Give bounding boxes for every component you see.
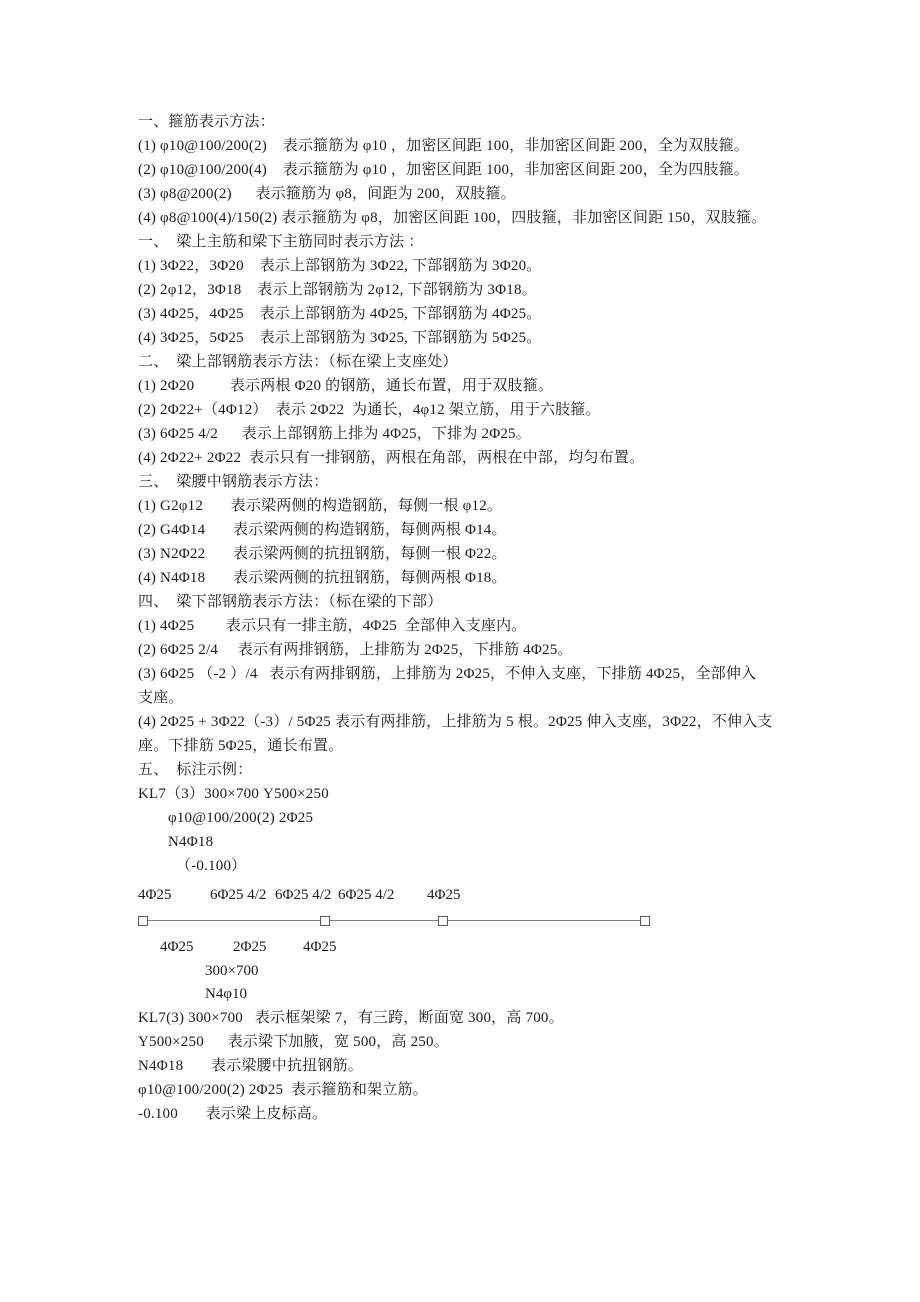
beam-line (142, 920, 644, 921)
text-line: KL7(3) 300×700 表示框架梁 7，有三跨，断面宽 300，高 700… (138, 1006, 850, 1030)
section-size-label: 300×700 (205, 962, 258, 980)
text-line: -0.100 表示梁上皮标高。 (138, 1102, 850, 1126)
beam-annotation-diagram: 4Φ25 6Φ25 4/2 6Φ25 4/2 6Φ25 4/2 4Φ25 4Φ2… (138, 878, 798, 1006)
text-line: (2) 2φ12，3Φ18 表示上部钢筋为 2φ12, 下部钢筋为 3Φ18。 (138, 278, 850, 302)
text-line: (3) 4Φ25，4Φ25 表示上部钢筋为 4Φ25, 下部钢筋为 4Φ25。 (138, 302, 850, 326)
beam-support-node (320, 916, 330, 926)
text-line: (2) 6Φ25 2/4 表示有两排钢筋，上排筋为 2Φ25，下排筋 4Φ25。 (138, 638, 850, 662)
text-line: Y500×250 表示梁下加腋，宽 500，高 250。 (138, 1030, 850, 1054)
text-line: 座。下排筋 5Φ25，通长布置。 (138, 734, 850, 758)
text-line: (3) N2Φ22 表示梁两侧的抗扭钢筋，每侧一根 Φ22。 (138, 542, 850, 566)
top-rebar-label: 6Φ25 4/2 (338, 886, 394, 904)
text-line: (3) φ8@200(2) 表示箍筋为 φ8，间距为 200，双肢箍。 (138, 182, 850, 206)
text-line: (1) 3Φ22，3Φ20 表示上部钢筋为 3Φ22, 下部钢筋为 3Φ20。 (138, 254, 850, 278)
text-line: 支座。 (138, 686, 850, 710)
text-line: 一、 梁上主筋和梁下主筋同时表示方法 ： (138, 230, 850, 254)
doc-lines-top: 一、箍筋表示方法：(1) φ10@100/200(2) 表示箍筋为 φ10 ，加… (138, 110, 850, 878)
top-rebar-label: 4Φ25 (427, 886, 460, 904)
text-line: (2) 2Φ22+（4Φ12） 表示 2Φ22 为通长，4φ12 架立筋，用于六… (138, 398, 850, 422)
bottom-rebar-label: 2Φ25 (233, 938, 266, 956)
top-rebar-label: 6Φ25 4/2 (210, 886, 266, 904)
text-line: (3) 6Φ25 （-2 ）/4 表示有两排钢筋，上排筋为 2Φ25，不伸入支座… (138, 662, 850, 686)
text-line: (2) G4Φ14 表示梁两侧的构造钢筋，每侧两根 Φ14。 (138, 518, 850, 542)
text-line: 二、 梁上部钢筋表示方法：（标在梁上支座处） (138, 350, 850, 374)
text-line: 四、 梁下部钢筋表示方法：（标在梁的下部） (138, 590, 850, 614)
text-line: (1) 4Φ25 表示只有一排主筋，4Φ25 全部伸入支座内。 (138, 614, 850, 638)
text-line: φ10@100/200(2) 2Φ25 表示箍筋和架立筋。 (138, 1078, 850, 1102)
text-line: N4Φ18 (138, 830, 850, 854)
side-rebar-label: N4φ10 (205, 985, 247, 1003)
text-line: (2) φ10@100/200(4) 表示箍筋为 φ10 ，加密区间距 100，… (138, 158, 850, 182)
bottom-rebar-label: 4Φ25 (303, 938, 336, 956)
top-rebar-label: 6Φ25 4/2 (275, 886, 331, 904)
text-line: KL7（3）300×700 Y500×250 (138, 782, 850, 806)
text-line: （-0.100） (138, 854, 850, 878)
text-line: (4) 2Φ25 + 3Φ22（-3）/ 5Φ25 表示有两排筋，上排筋为 5 … (138, 710, 850, 734)
beam-support-node (438, 916, 448, 926)
beam-support-node (138, 916, 148, 926)
text-line: (1) 2Φ20 表示两根 Φ20 的钢筋，通长布置，用于双肢箍。 (138, 374, 850, 398)
doc-lines-bottom: KL7(3) 300×700 表示框架梁 7，有三跨，断面宽 300，高 700… (138, 1006, 850, 1126)
bottom-rebar-label: 4Φ25 (160, 938, 193, 956)
text-line: 三、 梁腰中钢筋表示方法： (138, 470, 850, 494)
text-line: (4) N4Φ18 表示梁两侧的抗扭钢筋，每侧两根 Φ18。 (138, 566, 850, 590)
text-line: (1) G2φ12 表示梁两侧的构造钢筋，每侧一根 φ12。 (138, 494, 850, 518)
text-line: φ10@100/200(2) 2Φ25 (138, 806, 850, 830)
text-line: (3) 6Φ25 4/2 表示上部钢筋上排为 4Φ25，下排为 2Φ25。 (138, 422, 850, 446)
text-line: N4Φ18 表示梁腰中抗扭钢筋。 (138, 1054, 850, 1078)
text-line: (4) φ8@100(4)/150(2) 表示箍筋为 φ8，加密区间距 100，… (138, 206, 850, 230)
text-line: 五、 标注示例： (138, 758, 850, 782)
text-line: (4) 3Φ25，5Φ25 表示上部钢筋为 3Φ25, 下部钢筋为 5Φ25。 (138, 326, 850, 350)
text-line: (1) φ10@100/200(2) 表示箍筋为 φ10 ，加密区间距 100，… (138, 134, 850, 158)
top-rebar-label: 4Φ25 (138, 886, 171, 904)
text-line: 一、箍筋表示方法： (138, 110, 850, 134)
beam-support-node (640, 916, 650, 926)
document-page: 一、箍筋表示方法：(1) φ10@100/200(2) 表示箍筋为 φ10 ，加… (0, 0, 920, 1302)
text-line: (4) 2Φ22+ 2Φ22 表示只有一排钢筋，两根在角部，两根在中部，均匀布置… (138, 446, 850, 470)
